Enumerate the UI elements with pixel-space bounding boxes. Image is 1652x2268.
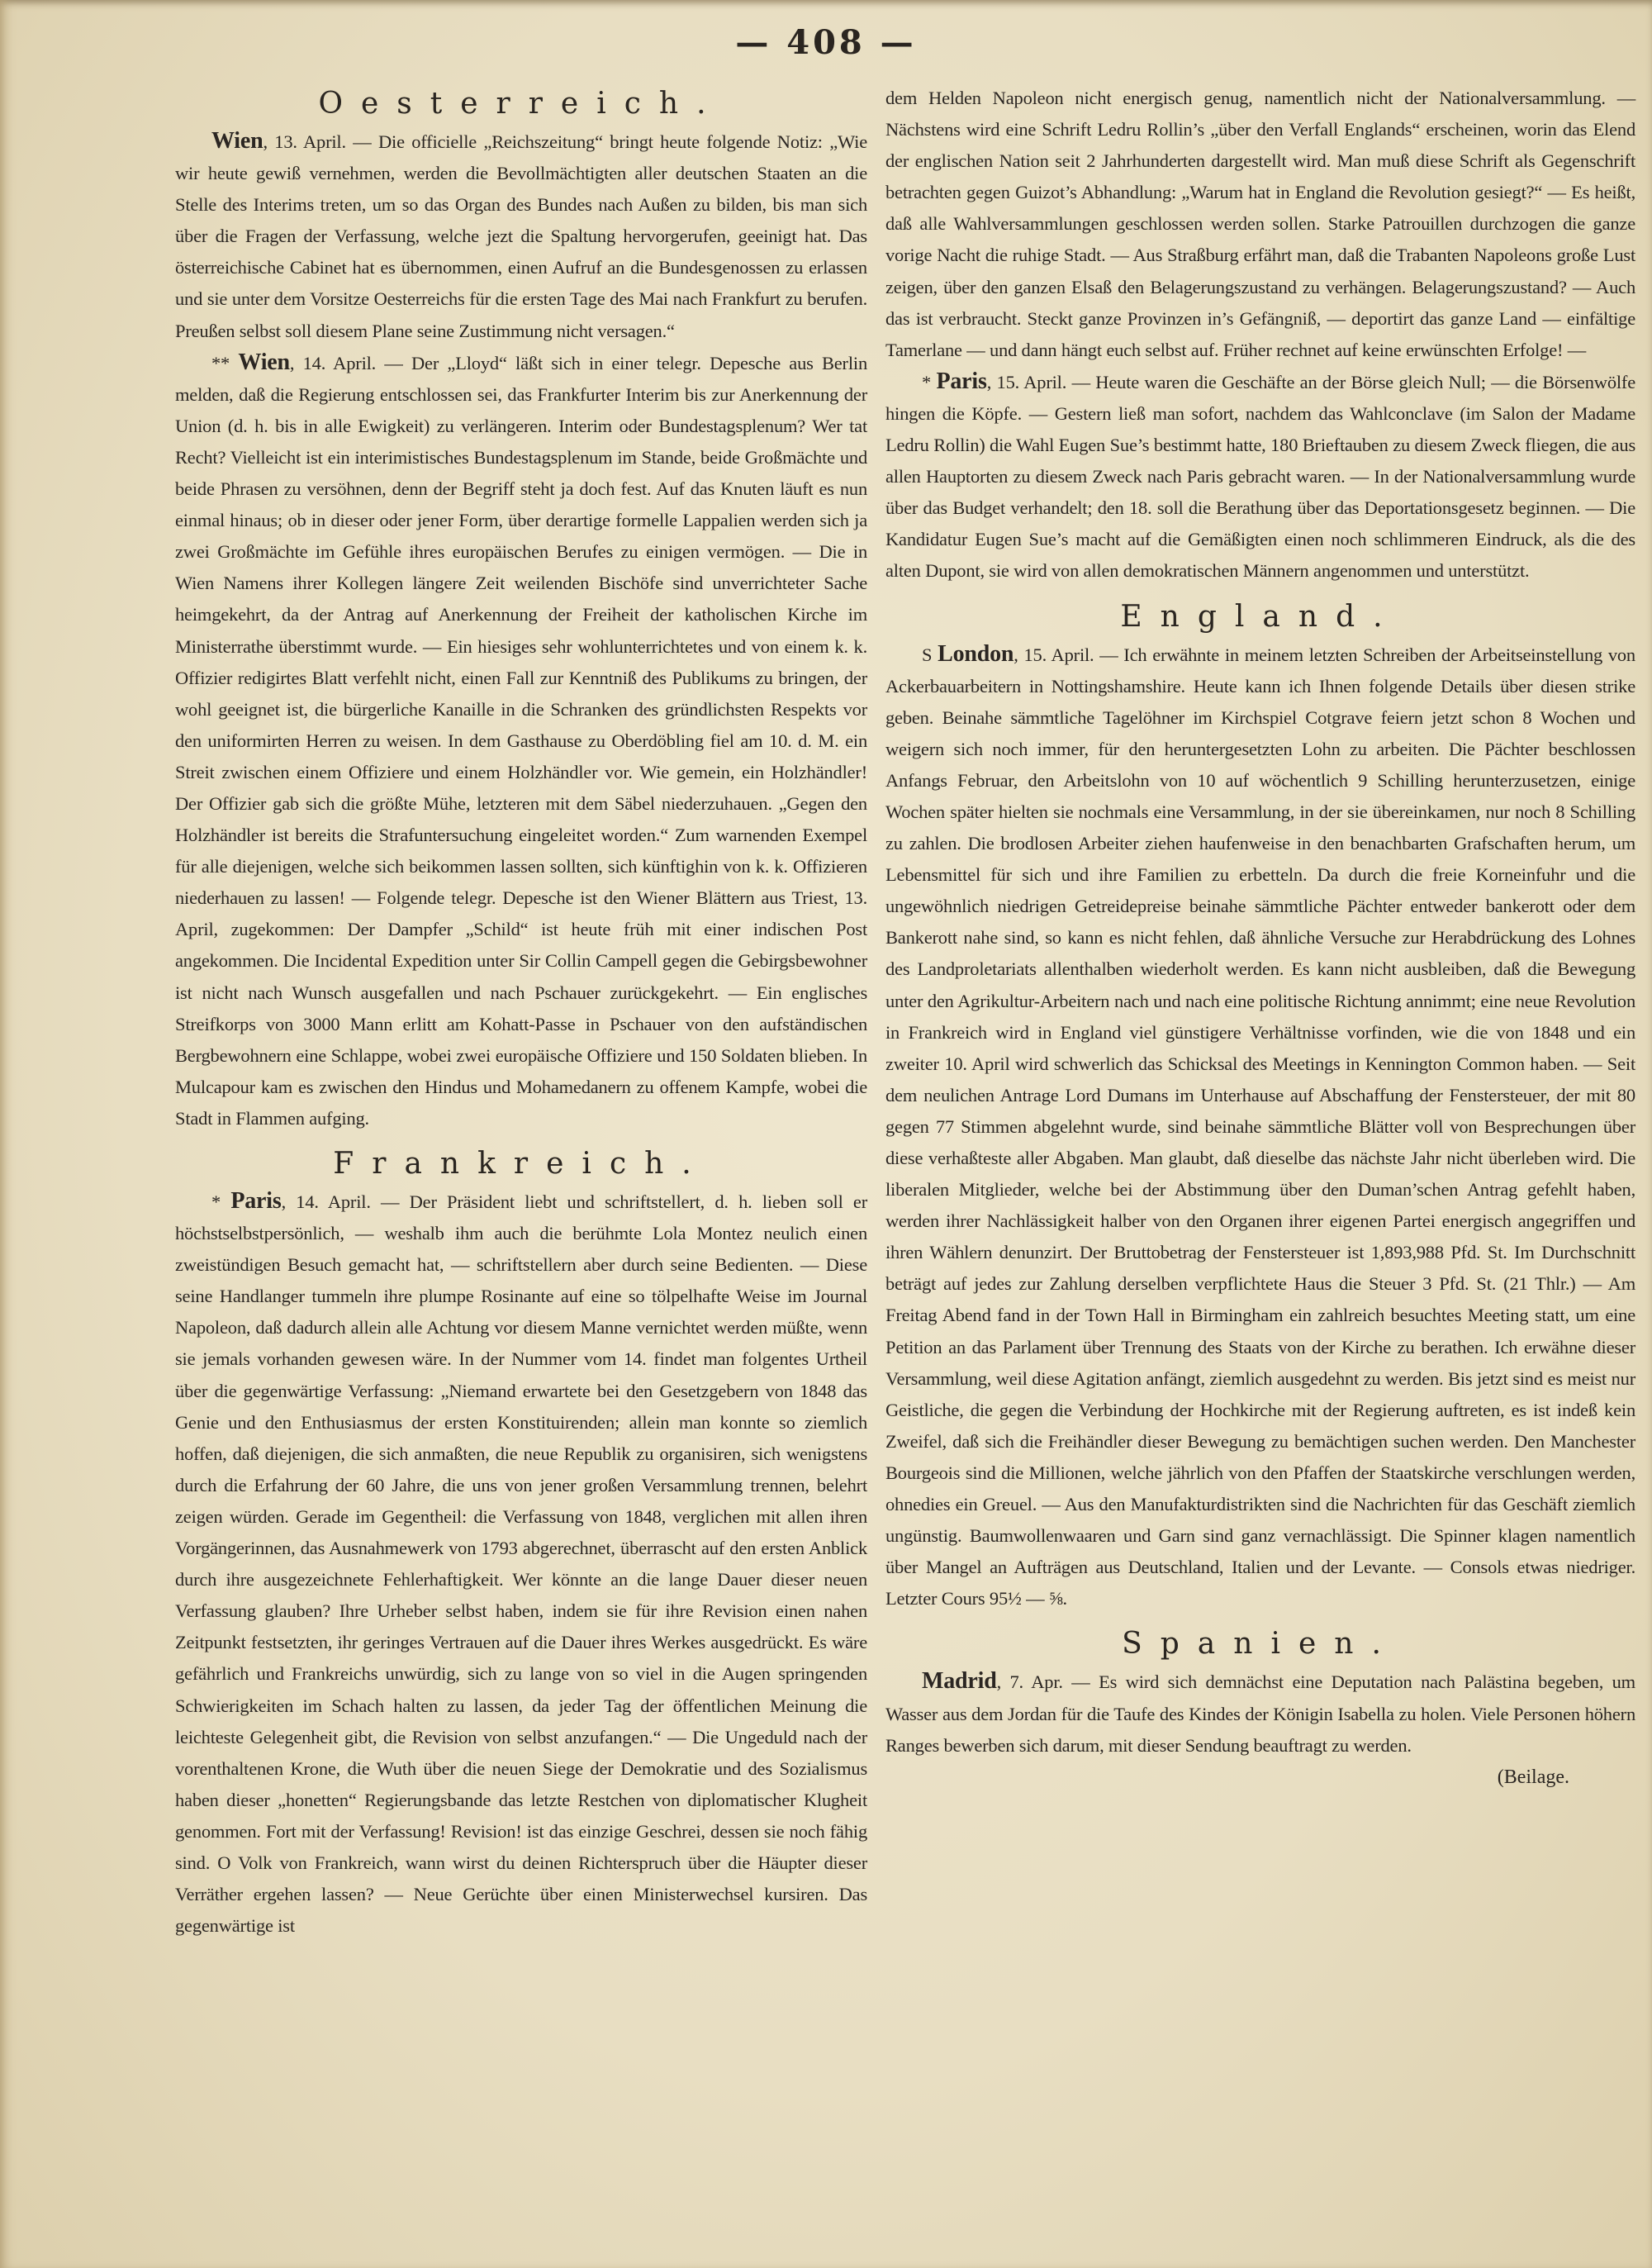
article-body: — Heute waren die Geschäfte an der Börse… [885,372,1635,582]
dateline-place: Paris [230,1188,281,1214]
section-heading-frankreich: Frankreich. [175,1143,867,1186]
article-paris-14-april: * Paris, 14. April. — Der Präsident lieb… [175,1186,867,1942]
right-column: dem Helden Napoleon nicht energisch genu… [885,83,1635,1789]
dateline-date: , 13. April. [263,131,345,152]
dateline-date: , 14. April. [290,353,376,373]
section-heading-england: England. [885,596,1635,639]
article-prefix: * [211,1191,230,1212]
article-prefix: * [922,372,936,392]
article-body: — Der „Lloyd“ läßt sich in einer telegr.… [175,353,867,1129]
article-prefix: ** [211,353,238,373]
article-body: — Ich erwähnte in meinem letzten Schreib… [885,644,1635,1609]
page-number: — 408 — [0,23,1652,62]
dateline-date: , 15. April. [987,372,1066,392]
article-prefix: S [922,644,938,665]
section-heading-spanien: Spanien. [885,1623,1635,1666]
dateline-place: Paris [936,368,986,394]
newspaper-page: — 408 — Oesterreich. Wien, 13. April. — … [0,0,1652,2268]
spacer [175,1134,867,1143]
dateline-place: Wien [238,349,289,375]
left-column: Oesterreich. Wien, 13. April. — Die offi… [175,83,867,1942]
supplement-note: (Beilage. [885,1766,1635,1789]
article-body: — Die officielle „Reichszeitung“ bringt … [175,131,867,341]
article-wien-13-april: Wien, 13. April. — Die officielle „Reich… [175,126,867,347]
spacer [885,587,1635,596]
article-continuation: dem Helden Napoleon nicht energisch genu… [885,83,1635,366]
dateline-place: London [938,641,1014,667]
section-heading-oesterreich: Oesterreich. [175,83,867,126]
dateline-date: , 15. April. [1014,644,1094,665]
article-madrid-7-apr: Madrid, 7. Apr. — Es wird sich demnächst… [885,1666,1635,1761]
article-wien-14-april: ** Wien, 14. April. — Der „Lloyd“ läßt s… [175,347,867,1134]
article-paris-15-april: * Paris, 15. April. — Heute waren die Ge… [885,366,1635,587]
dateline-date: , 7. Apr. [997,1671,1063,1692]
dateline-place: Madrid [922,1668,997,1694]
article-body: — Der Präsident liebt und schriftsteller… [175,1191,867,1936]
dateline-date: , 14. April. [282,1191,371,1212]
dateline-place: Wien [211,128,263,154]
spacer [885,1614,1635,1623]
article-london-15-april: S London, 15. April. — Ich erwähnte in m… [885,639,1635,1615]
